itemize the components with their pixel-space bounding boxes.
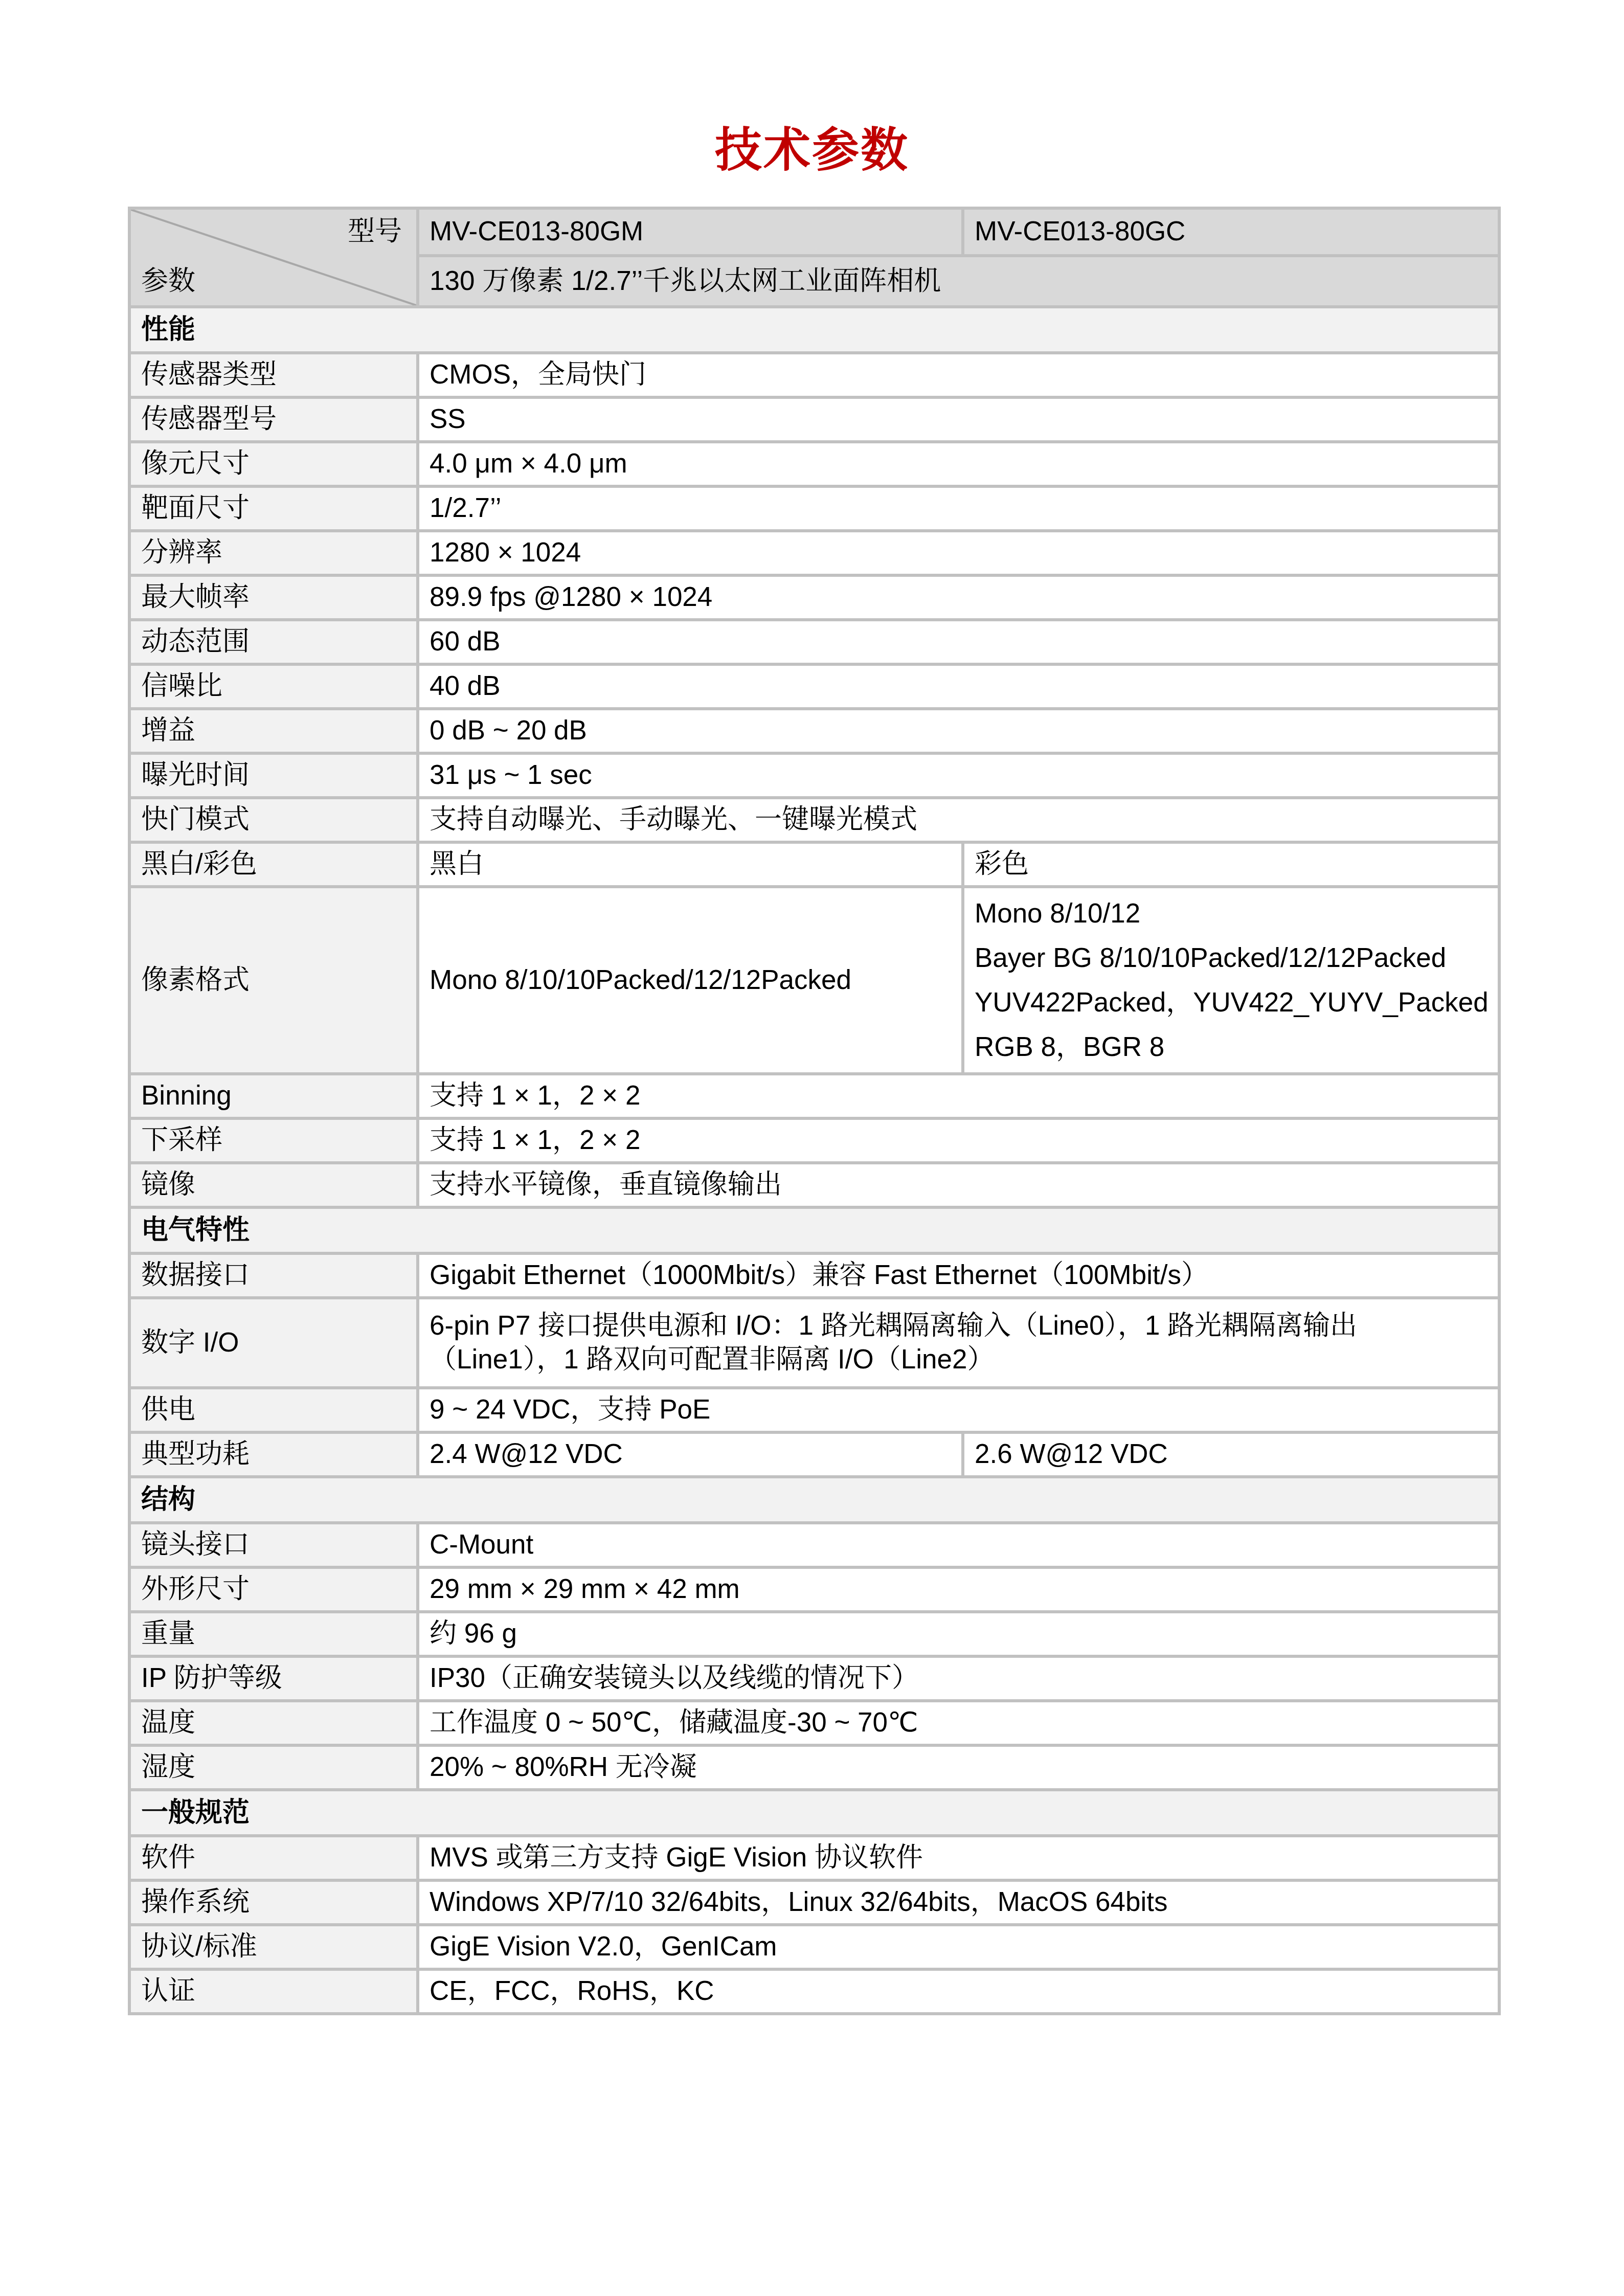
table-row-param-16: Binning支持 1 × 1，2 × 2: [129, 1074, 1499, 1118]
table-row-param-12: 曝光时间31 μs ~ 1 sec: [129, 753, 1499, 798]
param-value: CE，FCC，RoHS，KC: [418, 1969, 1499, 2014]
param-label: 镜像: [129, 1163, 418, 1207]
table-row-param-7: 分辨率1280 × 1024: [129, 531, 1499, 575]
table-row-param-3: 传感器类型CMOS，全局快门: [129, 353, 1499, 397]
param-value: Gigabit Ethernet（1000Mbit/s）兼容 Fast Ethe…: [418, 1253, 1499, 1298]
param-value: SS: [418, 397, 1499, 442]
param-value: 支持自动曝光、手动曝光、一键曝光模式: [418, 798, 1499, 842]
param-label: 快门模式: [129, 798, 418, 842]
corner-label-param: 参数: [141, 264, 195, 298]
param-label: Binning: [129, 1074, 418, 1118]
param-value: 29 mm × 29 mm × 42 mm: [418, 1567, 1499, 1612]
param-value: 6-pin P7 接口提供电源和 I/O：1 路光耦隔离输入（Line0），1 …: [418, 1298, 1499, 1388]
param-label: 典型功耗: [129, 1432, 418, 1477]
param-value: 60 dB: [418, 620, 1499, 664]
model-description: 130 万像素 1/2.7’’千兆以太网工业面阵相机: [418, 256, 1499, 307]
param-label: 供电: [129, 1388, 418, 1432]
param-value: GigE Vision V2.0，GenICam: [418, 1925, 1499, 1969]
param-label: 曝光时间: [129, 753, 418, 798]
param-value: 0 dB ~ 20 dB: [418, 709, 1499, 753]
table-row-section-31: 一般规范: [129, 1790, 1499, 1836]
param-value: 1280 × 1024: [418, 531, 1499, 575]
param-label: 认证: [129, 1969, 418, 2014]
param-label: 分辨率: [129, 531, 418, 575]
table-row-param-34: 协议/标准GigE Vision V2.0，GenICam: [129, 1925, 1499, 1969]
section-header: 结构: [129, 1477, 1499, 1523]
table-row-param-18: 镜像支持水平镜像，垂直镜像输出: [129, 1163, 1499, 1207]
param-value: 支持 1 × 1，2 × 2: [418, 1074, 1499, 1118]
param-label: 信噪比: [129, 664, 418, 709]
param-value-right-line: Mono 8/10/12: [975, 891, 1487, 936]
param-label: 靶面尺寸: [129, 486, 418, 531]
table-row-param-29: 温度工作温度 0 ~ 50℃，储藏温度-30 ~ 70℃: [129, 1701, 1499, 1745]
param-value: Windows XP/7/10 32/64bits，Linux 32/64bit…: [418, 1880, 1499, 1925]
param-label: 下采样: [129, 1118, 418, 1163]
param-value-right-line: Bayer BG 8/10/10Packed/12/12Packed: [975, 936, 1487, 980]
param-label: 动态范围: [129, 620, 418, 664]
table-row-param2-15: 像素格式Mono 8/10/10Packed/12/12PackedMono 8…: [129, 887, 1499, 1074]
param-label: 最大帧率: [129, 575, 418, 620]
table-row-param-22: 供电9 ~ 24 VDC，支持 PoE: [129, 1388, 1499, 1432]
param-label: 操作系统: [129, 1880, 418, 1925]
table-row-param2-14: 黑白/彩色黑白彩色: [129, 842, 1499, 887]
table-row-param-33: 操作系统Windows XP/7/10 32/64bits，Linux 32/6…: [129, 1880, 1499, 1925]
param-label: 镜头接口: [129, 1523, 418, 1567]
spec-table-body: 型号参数MV-CE013-80GMMV-CE013-80GC130 万像素 1/…: [129, 208, 1499, 2014]
table-row-param-9: 动态范围60 dB: [129, 620, 1499, 664]
param-label: 湿度: [129, 1745, 418, 1790]
param-value: CMOS，全局快门: [418, 353, 1499, 397]
param-label: 外形尺寸: [129, 1567, 418, 1612]
param-label: 软件: [129, 1836, 418, 1880]
table-row-param-26: 外形尺寸29 mm × 29 mm × 42 mm: [129, 1567, 1499, 1612]
table-row-param-10: 信噪比40 dB: [129, 664, 1499, 709]
param-value: 89.9 fps @1280 × 1024: [418, 575, 1499, 620]
table-row-param-5: 像元尺寸4.0 μm × 4.0 μm: [129, 442, 1499, 486]
param-label: 数据接口: [129, 1253, 418, 1298]
param-value-right-line: RGB 8，BGR 8: [975, 1025, 1487, 1069]
table-row-param-6: 靶面尺寸1/2.7’’: [129, 486, 1499, 531]
param-value: 1/2.7’’: [418, 486, 1499, 531]
param-value: C-Mount: [418, 1523, 1499, 1567]
param-label: 传感器类型: [129, 353, 418, 397]
table-row-param-13: 快门模式支持自动曝光、手动曝光、一键曝光模式: [129, 798, 1499, 842]
param-value: 9 ~ 24 VDC，支持 PoE: [418, 1388, 1499, 1432]
section-header: 一般规范: [129, 1790, 1499, 1836]
param-label: 重量: [129, 1612, 418, 1656]
param-value: 支持水平镜像，垂直镜像输出: [418, 1163, 1499, 1207]
corner-cell: 型号参数: [129, 208, 418, 307]
param-value-left: Mono 8/10/10Packed/12/12Packed: [418, 887, 963, 1074]
param-value: MVS 或第三方支持 GigE Vision 协议软件: [418, 1836, 1499, 1880]
param-label: 像元尺寸: [129, 442, 418, 486]
param-value: 支持 1 × 1，2 × 2: [418, 1118, 1499, 1163]
param-value: 40 dB: [418, 664, 1499, 709]
table-row-section-24: 结构: [129, 1477, 1499, 1523]
section-header: 电气特性: [129, 1207, 1499, 1253]
param-value-left: 黑白: [418, 842, 963, 887]
param-label: 黑白/彩色: [129, 842, 418, 887]
table-row-param2-23: 典型功耗2.4 W@12 VDC2.6 W@12 VDC: [129, 1432, 1499, 1477]
param-value-left: 2.4 W@12 VDC: [418, 1432, 963, 1477]
table-row-param-20: 数据接口Gigabit Ethernet（1000Mbit/s）兼容 Fast …: [129, 1253, 1499, 1298]
param-value: 4.0 μm × 4.0 μm: [418, 442, 1499, 486]
param-value: 工作温度 0 ~ 50℃，储藏温度-30 ~ 70℃: [418, 1701, 1499, 1745]
param-value-right: Mono 8/10/12Bayer BG 8/10/10Packed/12/12…: [963, 887, 1499, 1074]
table-row-param-8: 最大帧率89.9 fps @1280 × 1024: [129, 575, 1499, 620]
corner-label-model: 型号: [348, 215, 402, 249]
table-row-param-32: 软件MVS 或第三方支持 GigE Vision 协议软件: [129, 1836, 1499, 1880]
table-row-param-27: 重量约 96 g: [129, 1612, 1499, 1656]
param-label: 传感器型号: [129, 397, 418, 442]
table-row-param-21: 数字 I/O6-pin P7 接口提供电源和 I/O：1 路光耦隔离输入（Lin…: [129, 1298, 1499, 1388]
param-value: 31 μs ~ 1 sec: [418, 753, 1499, 798]
model-name-gm: MV-CE013-80GM: [418, 208, 963, 256]
spec-table: 型号参数MV-CE013-80GMMV-CE013-80GC130 万像素 1/…: [128, 207, 1501, 2015]
model-name-gc: MV-CE013-80GC: [963, 208, 1499, 256]
table-row-param-11: 增益0 dB ~ 20 dB: [129, 709, 1499, 753]
param-value-right-line: YUV422Packed，YUV422_YUYV_Packed: [975, 980, 1487, 1025]
table-row-param-28: IP 防护等级IP30（正确安装镜头以及线缆的情况下）: [129, 1656, 1499, 1701]
param-value: 20% ~ 80%RH 无冷凝: [418, 1745, 1499, 1790]
table-row-param-4: 传感器型号SS: [129, 397, 1499, 442]
param-label: 像素格式: [129, 887, 418, 1074]
table-row-param-25: 镜头接口C-Mount: [129, 1523, 1499, 1567]
table-row-param-30: 湿度20% ~ 80%RH 无冷凝: [129, 1745, 1499, 1790]
table-row-section-19: 电气特性: [129, 1207, 1499, 1253]
table-row-section-2: 性能: [129, 307, 1499, 353]
param-label: 协议/标准: [129, 1925, 418, 1969]
param-label: 数字 I/O: [129, 1298, 418, 1388]
param-value: 约 96 g: [418, 1612, 1499, 1656]
param-value: IP30（正确安装镜头以及线缆的情况下）: [418, 1656, 1499, 1701]
param-value-right: 彩色: [963, 842, 1499, 887]
table-row-models-0: 型号参数MV-CE013-80GMMV-CE013-80GC: [129, 208, 1499, 256]
param-value-right: 2.6 W@12 VDC: [963, 1432, 1499, 1477]
param-label: IP 防护等级: [129, 1656, 418, 1701]
section-header: 性能: [129, 307, 1499, 353]
param-label: 增益: [129, 709, 418, 753]
table-row-param-35: 认证CE，FCC，RoHS，KC: [129, 1969, 1499, 2014]
param-label: 温度: [129, 1701, 418, 1745]
page-title: 技术参数: [0, 0, 1624, 180]
table-row-param-17: 下采样支持 1 × 1，2 × 2: [129, 1118, 1499, 1163]
